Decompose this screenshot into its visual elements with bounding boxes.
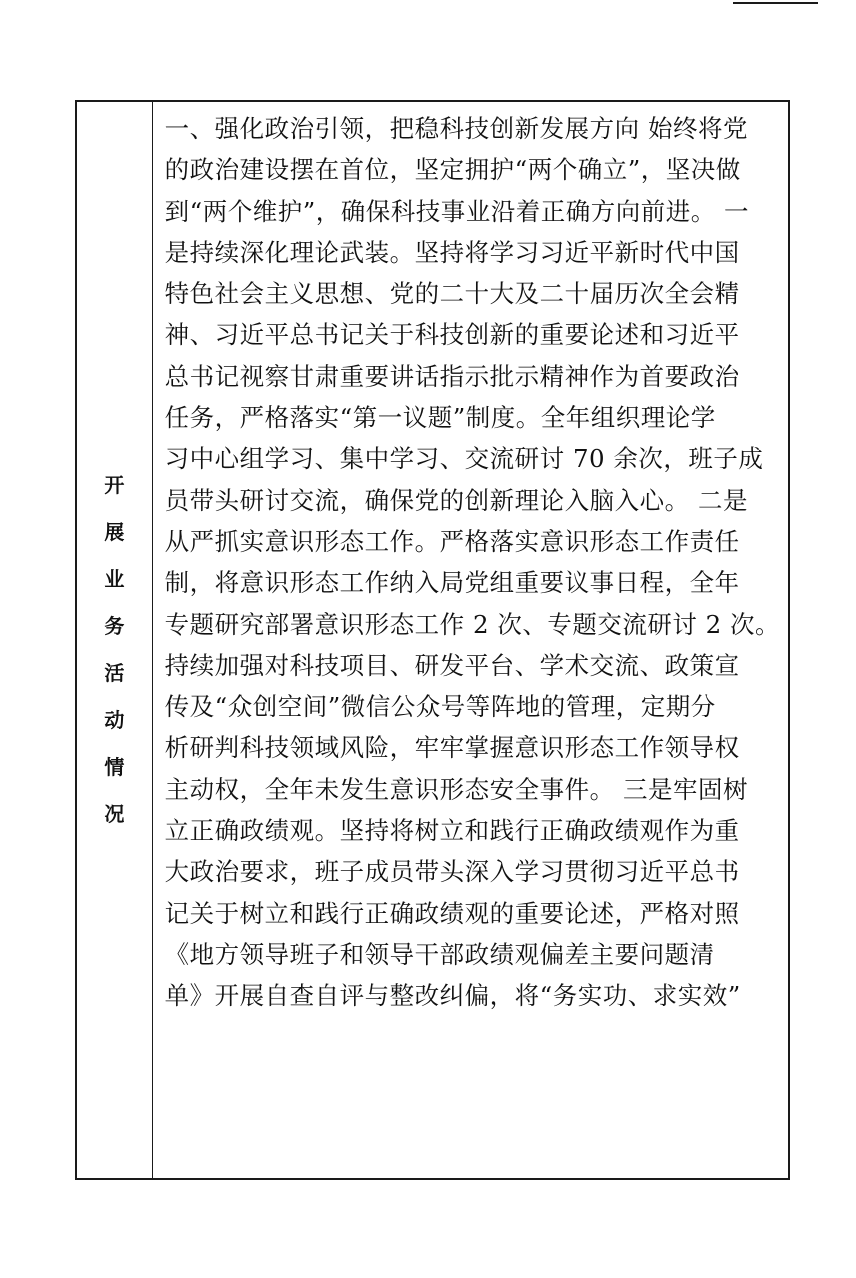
top-rule-line xyxy=(733,2,818,4)
content-line: 持续加强对科技项目、研发平台、学术交流、政策宣 xyxy=(165,645,780,686)
content-line: 单》开展自查自评与整改纠偏，将“务实功、求实效” xyxy=(165,975,780,1016)
content-line: 制，将意识形态工作纳入局党组重要议事日程，全年 xyxy=(165,562,780,603)
label-char: 动 xyxy=(104,697,124,744)
content-line: 总书记视察甘肃重要讲话指示批示精神作为首要政治 xyxy=(165,356,780,397)
label-vertical-text: 开 展 业 务 活 动 情 况 xyxy=(77,462,152,838)
content-line: 一、强化政治引领，把稳科技创新发展方向 始终将党 xyxy=(165,108,780,149)
label-char: 况 xyxy=(104,791,124,838)
content-line: 任务，严格落实“第一议题”制度。全年组织理论学 xyxy=(165,397,780,438)
label-char: 展 xyxy=(104,509,124,556)
content-line: 专题研究部署意识形态工作 2 次、专题交流研讨 2 次。 xyxy=(165,604,780,645)
content-line: 到“两个维护”，确保科技事业沿着正确方向前进。 一 xyxy=(165,191,780,232)
content-line: 传及“众创空间”微信公众号等阵地的管理，定期分 xyxy=(165,686,780,727)
content-line: 主动权，全年未发生意识形态安全事件。 三是牢固树 xyxy=(165,769,780,810)
label-char: 活 xyxy=(104,650,124,697)
content-line: 析研判科技领域风险，牢牢掌握意识形态工作领导权 xyxy=(165,727,780,768)
content-line: 的政治建设摆在首位，坚定拥护“两个确立”，坚决做 xyxy=(165,149,780,190)
label-char: 务 xyxy=(104,603,124,650)
content-line: 从严抓实意识形态工作。严格落实意识形态工作责任 xyxy=(165,521,780,562)
content-cell: 一、强化政治引领，把稳科技创新发展方向 始终将党 的政治建设摆在首位，坚定拥护“… xyxy=(153,102,788,1178)
content-line: 大政治要求，班子成员带头深入学习贯彻习近平总书 xyxy=(165,851,780,892)
label-char: 开 xyxy=(104,462,124,509)
content-line: 是持续深化理论武装。坚持将学习习近平新时代中国 xyxy=(165,232,780,273)
content-line: 特色社会主义思想、党的二十大及二十届历次全会精 xyxy=(165,273,780,314)
content-line: 立正确政绩观。坚持将树立和践行正确政绩观作为重 xyxy=(165,810,780,851)
content-line: 习中心组学习、集中学习、交流研讨 70 余次，班子成 xyxy=(165,438,780,479)
content-line: 员带头研讨交流，确保党的创新理论入脑入心。 二是 xyxy=(165,480,780,521)
content-line: 《地方领导班子和领导干部政绩观偏差主要问题清 xyxy=(165,934,780,975)
label-cell: 开 展 业 务 活 动 情 况 xyxy=(77,102,153,1178)
label-char: 业 xyxy=(104,556,124,603)
content-line: 神、习近平总书记关于科技创新的重要论述和习近平 xyxy=(165,314,780,355)
label-char: 情 xyxy=(104,744,124,791)
content-line: 记关于树立和践行正确政绩观的重要论述，严格对照 xyxy=(165,893,780,934)
activity-table: 开 展 业 务 活 动 情 况 一、强化政治引领，把稳科技创新发展方向 始终将党… xyxy=(75,100,790,1180)
